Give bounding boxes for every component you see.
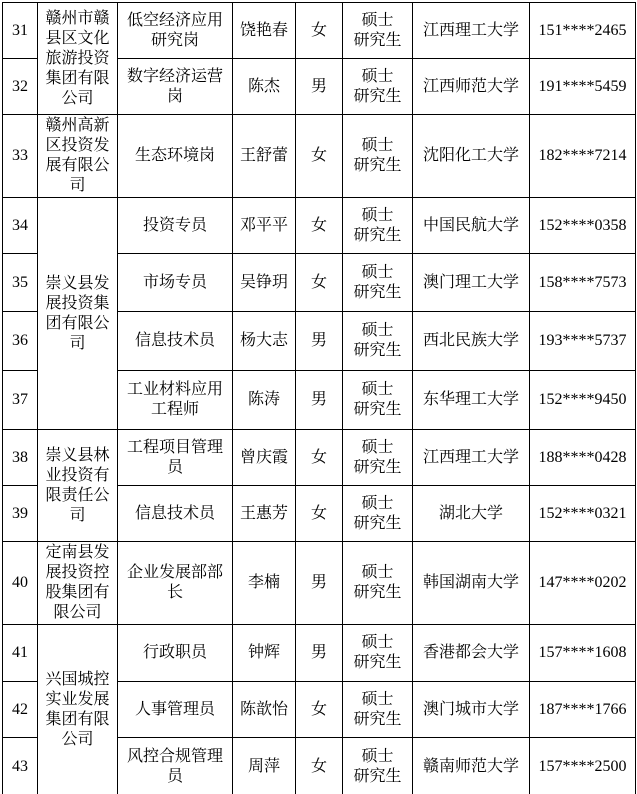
row-number: 37 <box>3 371 38 430</box>
education-level: 硕士 研究生 <box>343 430 413 486</box>
education-level: 硕士 研究生 <box>343 542 413 625</box>
row-number: 33 <box>3 115 38 198</box>
university: 赣南师范大学 <box>413 738 530 794</box>
position-title: 工程项目管理 员 <box>118 430 233 486</box>
masked-phone: 152****0321 <box>530 486 636 542</box>
masked-phone: 182****7214 <box>530 115 636 198</box>
gender: 女 <box>296 486 343 542</box>
person-name: 李楠 <box>233 542 296 625</box>
row-number: 31 <box>3 3 38 59</box>
education-level: 硕士 研究生 <box>343 682 413 738</box>
row-number: 32 <box>3 59 38 115</box>
company-name: 赣州高新 区投资发 展有限公 司 <box>38 115 118 198</box>
masked-phone: 152****0358 <box>530 198 636 254</box>
education-level: 硕士 研究生 <box>343 59 413 115</box>
person-name: 曾庆霞 <box>233 430 296 486</box>
education-level: 硕士 研究生 <box>343 625 413 682</box>
position-title: 企业发展部部 长 <box>118 542 233 625</box>
gender: 女 <box>296 254 343 312</box>
university: 西北民族大学 <box>413 312 530 371</box>
recruitment-roster-table: 31 赣州市赣 县区文化 旅游投资 集团有限 公司 低空经济应用 研究岗 饶艳春… <box>2 2 636 794</box>
position-title: 信息技术员 <box>118 312 233 371</box>
masked-phone: 188****0428 <box>530 430 636 486</box>
university: 沈阳化工大学 <box>413 115 530 198</box>
gender: 女 <box>296 430 343 486</box>
university: 湖北大学 <box>413 486 530 542</box>
masked-phone: 193****5737 <box>530 312 636 371</box>
position-title: 投资专员 <box>118 198 233 254</box>
masked-phone: 158****7573 <box>530 254 636 312</box>
education-level: 硕士 研究生 <box>343 312 413 371</box>
position-title: 行政职员 <box>118 625 233 682</box>
education-level: 硕士 研究生 <box>343 198 413 254</box>
university: 东华理工大学 <box>413 371 530 430</box>
education-level: 硕士 研究生 <box>343 3 413 59</box>
row-number: 41 <box>3 625 38 682</box>
person-name: 吴铮玥 <box>233 254 296 312</box>
table-row: 40 定南县发 展投资控 股集团有 限公司 企业发展部部 长 李楠 男 硕士 研… <box>3 542 636 625</box>
education-level: 硕士 研究生 <box>343 254 413 312</box>
row-number: 36 <box>3 312 38 371</box>
person-name: 陈涛 <box>233 371 296 430</box>
position-title: 工业材料应用 工程师 <box>118 371 233 430</box>
person-name: 钟辉 <box>233 625 296 682</box>
row-number: 39 <box>3 486 38 542</box>
position-title: 数字经济运营 岗 <box>118 59 233 115</box>
masked-phone: 151****2465 <box>530 3 636 59</box>
person-name: 陈歆怡 <box>233 682 296 738</box>
person-name: 周萍 <box>233 738 296 794</box>
row-number: 42 <box>3 682 38 738</box>
education-level: 硕士 研究生 <box>343 371 413 430</box>
company-name: 崇义县林 业投资有 限责任公 司 <box>38 430 118 542</box>
education-level: 硕士 研究生 <box>343 115 413 198</box>
gender: 男 <box>296 59 343 115</box>
table-row: 34 崇义县发 展投资集 团有限公 司 投资专员 邓平平 女 硕士 研究生 中国… <box>3 198 636 254</box>
gender: 男 <box>296 542 343 625</box>
person-name: 饶艳春 <box>233 3 296 59</box>
company-name: 兴国城控 实业发展 集团有限 公司 <box>38 625 118 794</box>
row-number: 43 <box>3 738 38 794</box>
table-row: 33 赣州高新 区投资发 展有限公 司 生态环境岗 王舒蕾 女 硕士 研究生 沈… <box>3 115 636 198</box>
table-row: 31 赣州市赣 县区文化 旅游投资 集团有限 公司 低空经济应用 研究岗 饶艳春… <box>3 3 636 59</box>
company-name: 崇义县发 展投资集 团有限公 司 <box>38 198 118 430</box>
masked-phone: 147****0202 <box>530 542 636 625</box>
university: 江西理工大学 <box>413 430 530 486</box>
masked-phone: 191****5459 <box>530 59 636 115</box>
gender: 男 <box>296 371 343 430</box>
university: 江西师范大学 <box>413 59 530 115</box>
masked-phone: 152****9450 <box>530 371 636 430</box>
person-name: 邓平平 <box>233 198 296 254</box>
university: 江西理工大学 <box>413 3 530 59</box>
row-number: 34 <box>3 198 38 254</box>
gender: 女 <box>296 682 343 738</box>
gender: 女 <box>296 198 343 254</box>
table-row: 38 崇义县林 业投资有 限责任公 司 工程项目管理 员 曾庆霞 女 硕士 研究… <box>3 430 636 486</box>
education-level: 硕士 研究生 <box>343 486 413 542</box>
masked-phone: 157****2500 <box>530 738 636 794</box>
row-number: 38 <box>3 430 38 486</box>
position-title: 市场专员 <box>118 254 233 312</box>
university: 香港都会大学 <box>413 625 530 682</box>
row-number: 35 <box>3 254 38 312</box>
gender: 男 <box>296 625 343 682</box>
person-name: 陈杰 <box>233 59 296 115</box>
company-name: 定南县发 展投资控 股集团有 限公司 <box>38 542 118 625</box>
position-title: 信息技术员 <box>118 486 233 542</box>
position-title: 生态环境岗 <box>118 115 233 198</box>
education-level: 硕士 研究生 <box>343 738 413 794</box>
position-title: 人事管理员 <box>118 682 233 738</box>
masked-phone: 157****1608 <box>530 625 636 682</box>
gender: 女 <box>296 738 343 794</box>
person-name: 王惠芳 <box>233 486 296 542</box>
person-name: 王舒蕾 <box>233 115 296 198</box>
university: 澳门理工大学 <box>413 254 530 312</box>
position-title: 风控合规管理 员 <box>118 738 233 794</box>
gender: 女 <box>296 3 343 59</box>
position-title: 低空经济应用 研究岗 <box>118 3 233 59</box>
table-row: 41 兴国城控 实业发展 集团有限 公司 行政职员 钟辉 男 硕士 研究生 香港… <box>3 625 636 682</box>
masked-phone: 187****1766 <box>530 682 636 738</box>
gender: 女 <box>296 115 343 198</box>
gender: 男 <box>296 312 343 371</box>
company-name: 赣州市赣 县区文化 旅游投资 集团有限 公司 <box>38 3 118 115</box>
person-name: 杨大志 <box>233 312 296 371</box>
row-number: 40 <box>3 542 38 625</box>
university: 澳门城市大学 <box>413 682 530 738</box>
university: 韩国湖南大学 <box>413 542 530 625</box>
university: 中国民航大学 <box>413 198 530 254</box>
